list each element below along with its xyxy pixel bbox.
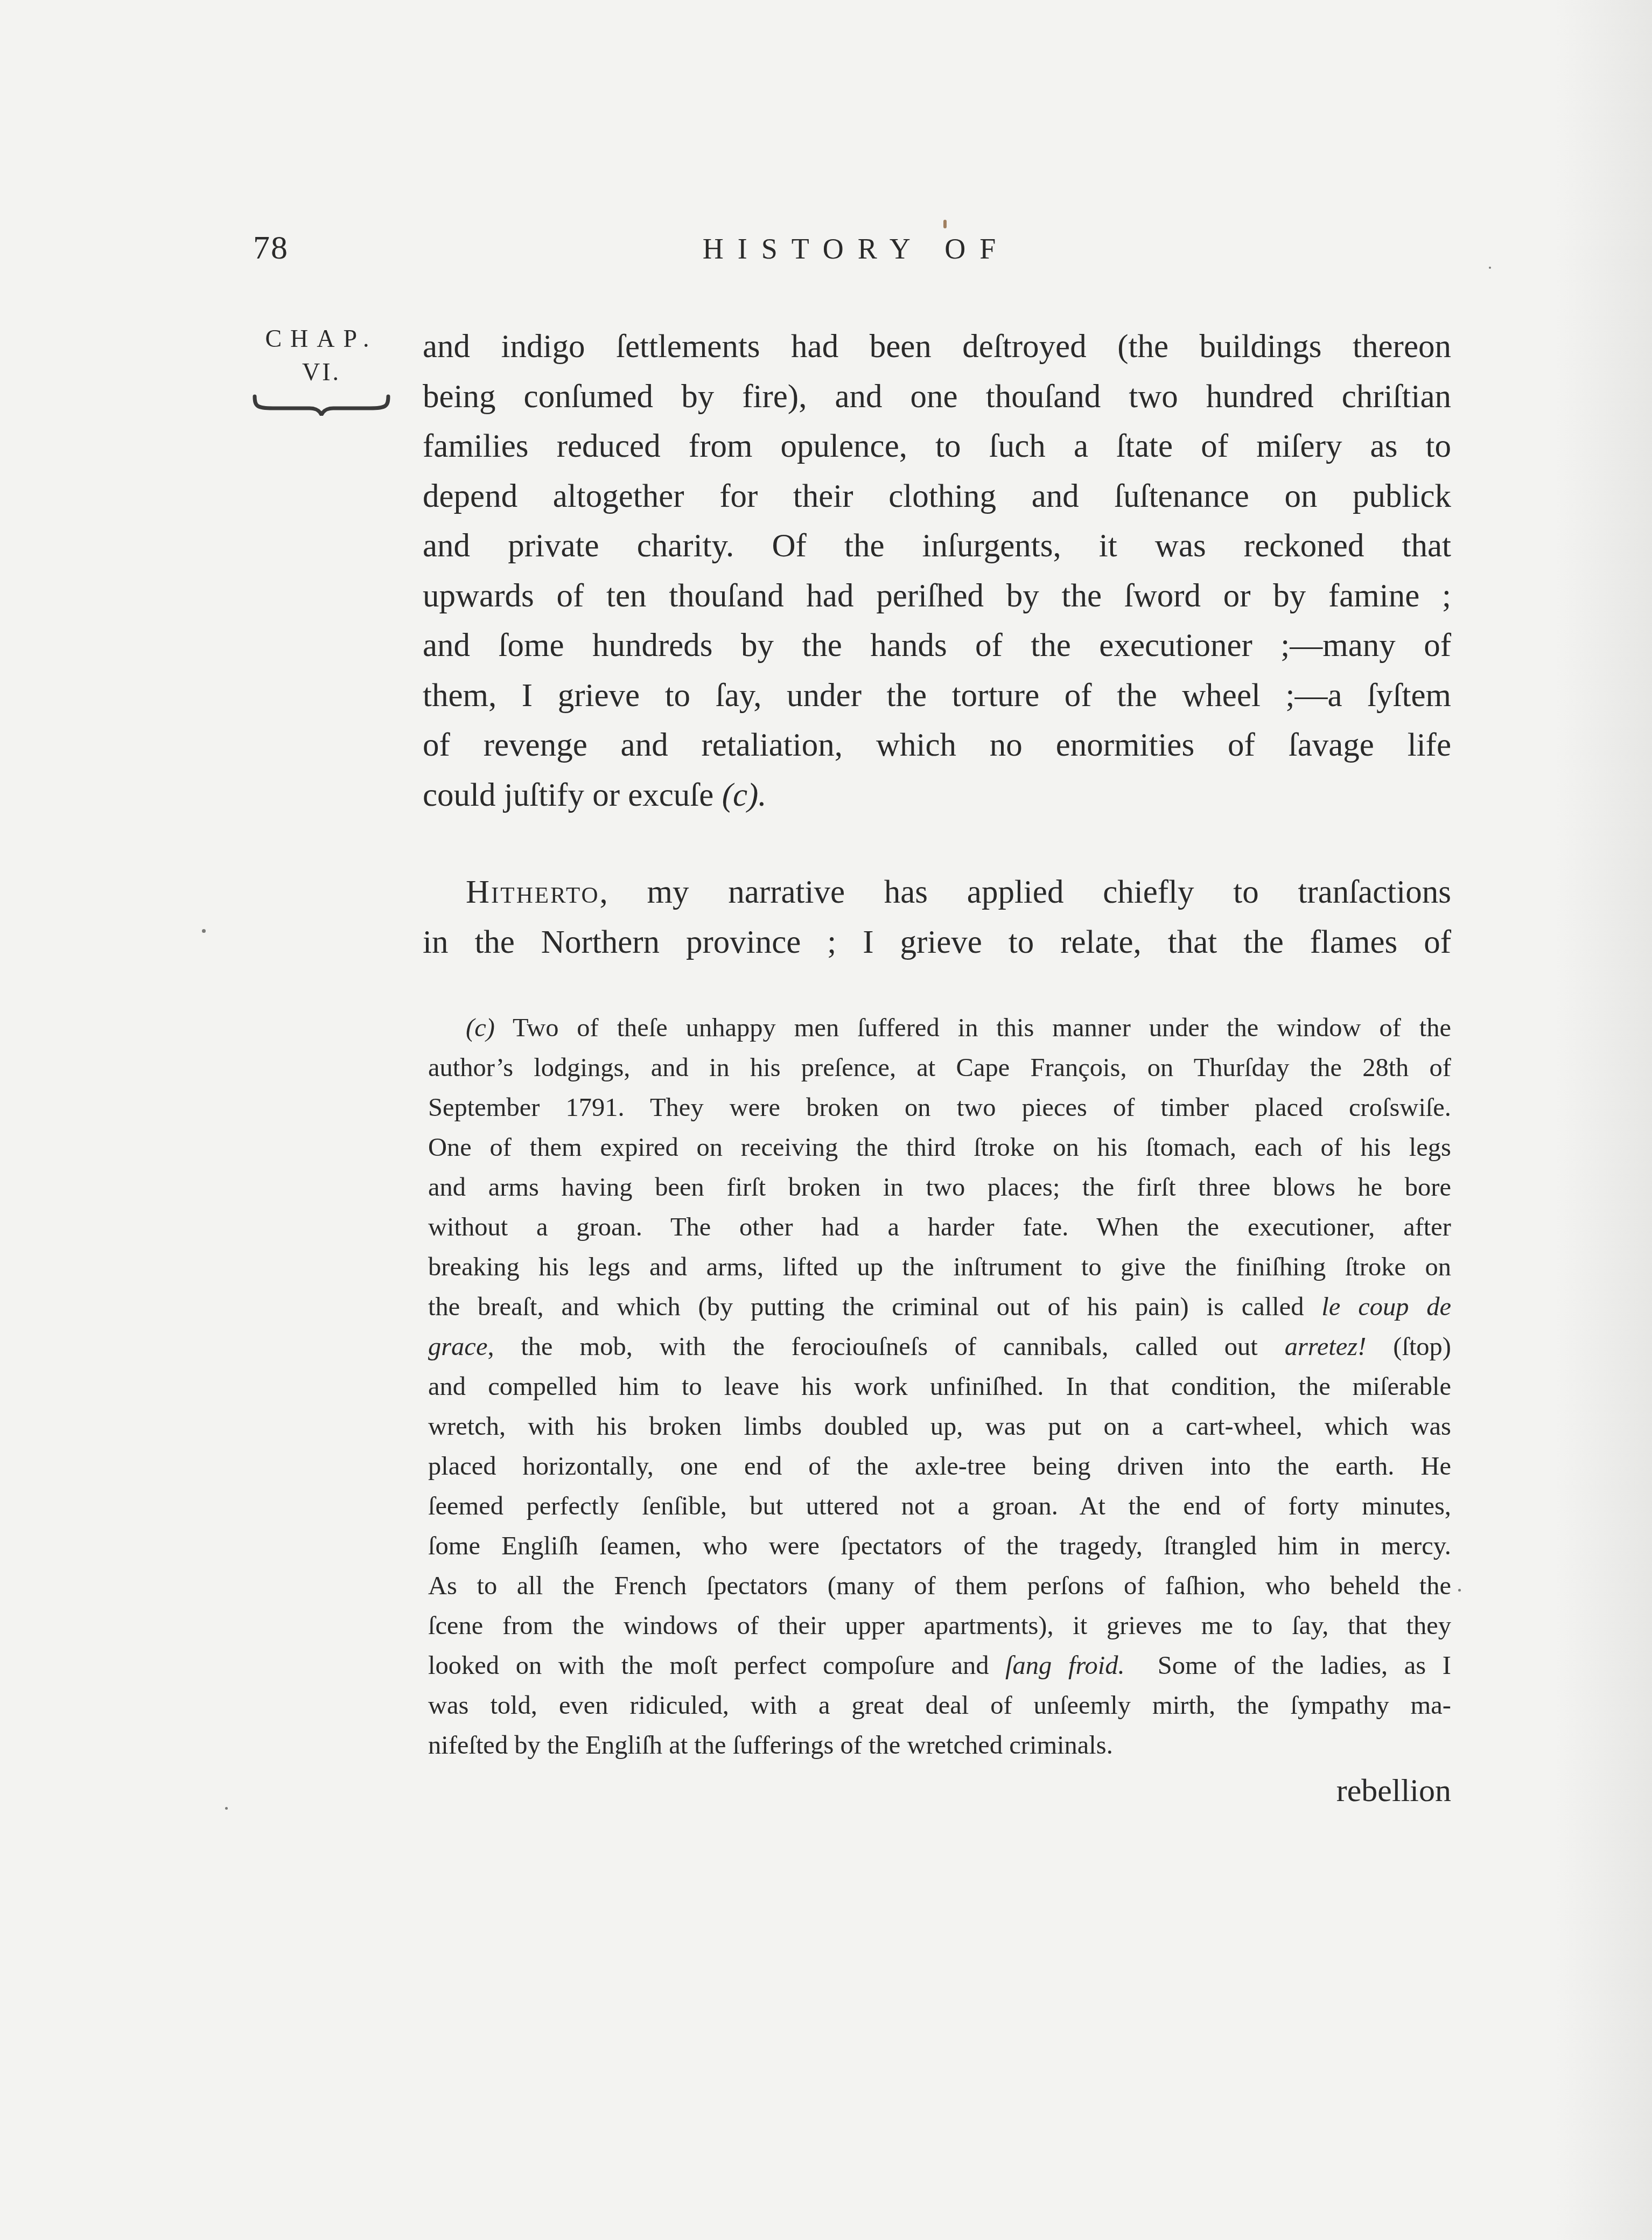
footnote-line: and compelled him to leave his work unfi… [428,1367,1451,1407]
text-line: could juſtify or excuſe (c). [423,771,1451,821]
text-fragment: could juſtify or excuſe [423,777,713,813]
running-head: 78 HISTORY OF [248,229,1454,272]
footnote-line: and arms having been firſt broken in two… [428,1168,1451,1208]
italic-phrase: ſang froid. [1005,1651,1125,1680]
paragraph-2: Hitherto, my narrative has applied chief… [423,868,1451,967]
text-line: of revenge and retaliation, which no eno… [423,721,1451,771]
footnote-line: wretch, with his broken limbs doubled up… [428,1407,1451,1447]
text-line: and ſome hundreds by the hands of the ex… [423,621,1451,671]
footnote-line: the breaſt, and which (by putting the cr… [428,1287,1451,1327]
text-line: upwards of ten thouſand had periſhed by … [423,571,1451,622]
footnote-line: looked on with the moſt perfect compoſur… [428,1646,1451,1686]
text-line: being conſumed by fire), and one thouſan… [423,372,1451,422]
text-line: depend altogether for their clothing and… [423,472,1451,522]
text-line: and private charity. Of the inſurgents, … [423,521,1451,571]
paragraph-gap [423,820,1451,868]
footnote-line: ſome Engliſh ſeamen, who were ſpectators… [428,1526,1451,1566]
page-edge-shadow [1555,0,1652,2240]
main-text: and indigo ſettlements had been deſtroye… [423,322,1451,967]
text-line: and indigo ſettlements had been deſtroye… [423,322,1451,372]
text-line: in the Northern province ; I grieve to r… [423,918,1451,968]
text-fragment: , the mob, with the ferociouſneſs of can… [487,1332,1257,1361]
text-fragment: , my narrative has applied chiefly to tr… [600,874,1451,910]
footnote-line: nifeſted by the Engliſh at the ſuffering… [428,1726,1451,1766]
text-line: them, I grieve to ſay, under the torture… [423,671,1451,721]
footnote-line: September 1791. They were broken on two … [428,1088,1451,1128]
chapter-number: VI. [249,355,394,389]
paragraph-lead-word: Hitherto [466,874,600,910]
chapter-margin-note: CHAP. VI. [249,322,394,416]
footnote-line: author’s lodgings, and in his preſence, … [428,1048,1451,1088]
text-fragment: Some of the ladies, as I [1158,1651,1451,1680]
footnote-line: One of them expired on receiving the thi… [428,1128,1451,1168]
italic-phrase: arretez! [1285,1332,1367,1361]
footnote-line: grace, the mob, with the ferociouſneſs o… [428,1327,1451,1367]
chapter-label: CHAP. [249,322,394,355]
text-fragment: Two of theſe unhappy men ſuffered in thi… [513,1014,1451,1042]
footnote-line: without a groan. The other had a harder … [428,1208,1451,1247]
footnote-line: breaking his legs and arms, lifted up th… [428,1247,1451,1287]
text-fragment: the breaſt, and which (by putting the cr… [428,1293,1304,1321]
text-fragment: looked on with the moſt perfect compoſur… [428,1651,989,1680]
running-title: HISTORY OF [248,232,1454,266]
text-fragment: (ſtop) [1393,1332,1451,1361]
footnote-c: (c) Two of theſe unhappy men ſuffered in… [428,1008,1451,1766]
footnote-marker: (c) [466,1014,495,1042]
footnote-reference[interactable]: (c). [722,777,767,813]
paragraph-1: and indigo ſettlements had been deſtroye… [423,322,1451,820]
footnote-line: ſcene from the windows of their upper ap… [428,1606,1451,1646]
footnote-line: placed horizontally, one end of the axle… [428,1447,1451,1487]
italic-phrase: grace [428,1332,487,1361]
footnote-line: (c) Two of theſe unhappy men ſuffered in… [428,1008,1451,1048]
italic-phrase: le coup de [1321,1293,1451,1321]
text-line: families reduced from opulence, to ſuch … [423,422,1451,472]
brace-ornament-icon [251,394,391,416]
text-line: Hitherto, my narrative has applied chief… [423,868,1451,918]
catchword: rebellion [1282,1772,1451,1809]
footnote-line: was told, even ridiculed, with a great d… [428,1686,1451,1726]
footnote-line: ſeemed perfectly ſenſible, but uttered n… [428,1487,1451,1526]
footnote-line: As to all the French ſpectators (many of… [428,1566,1451,1606]
